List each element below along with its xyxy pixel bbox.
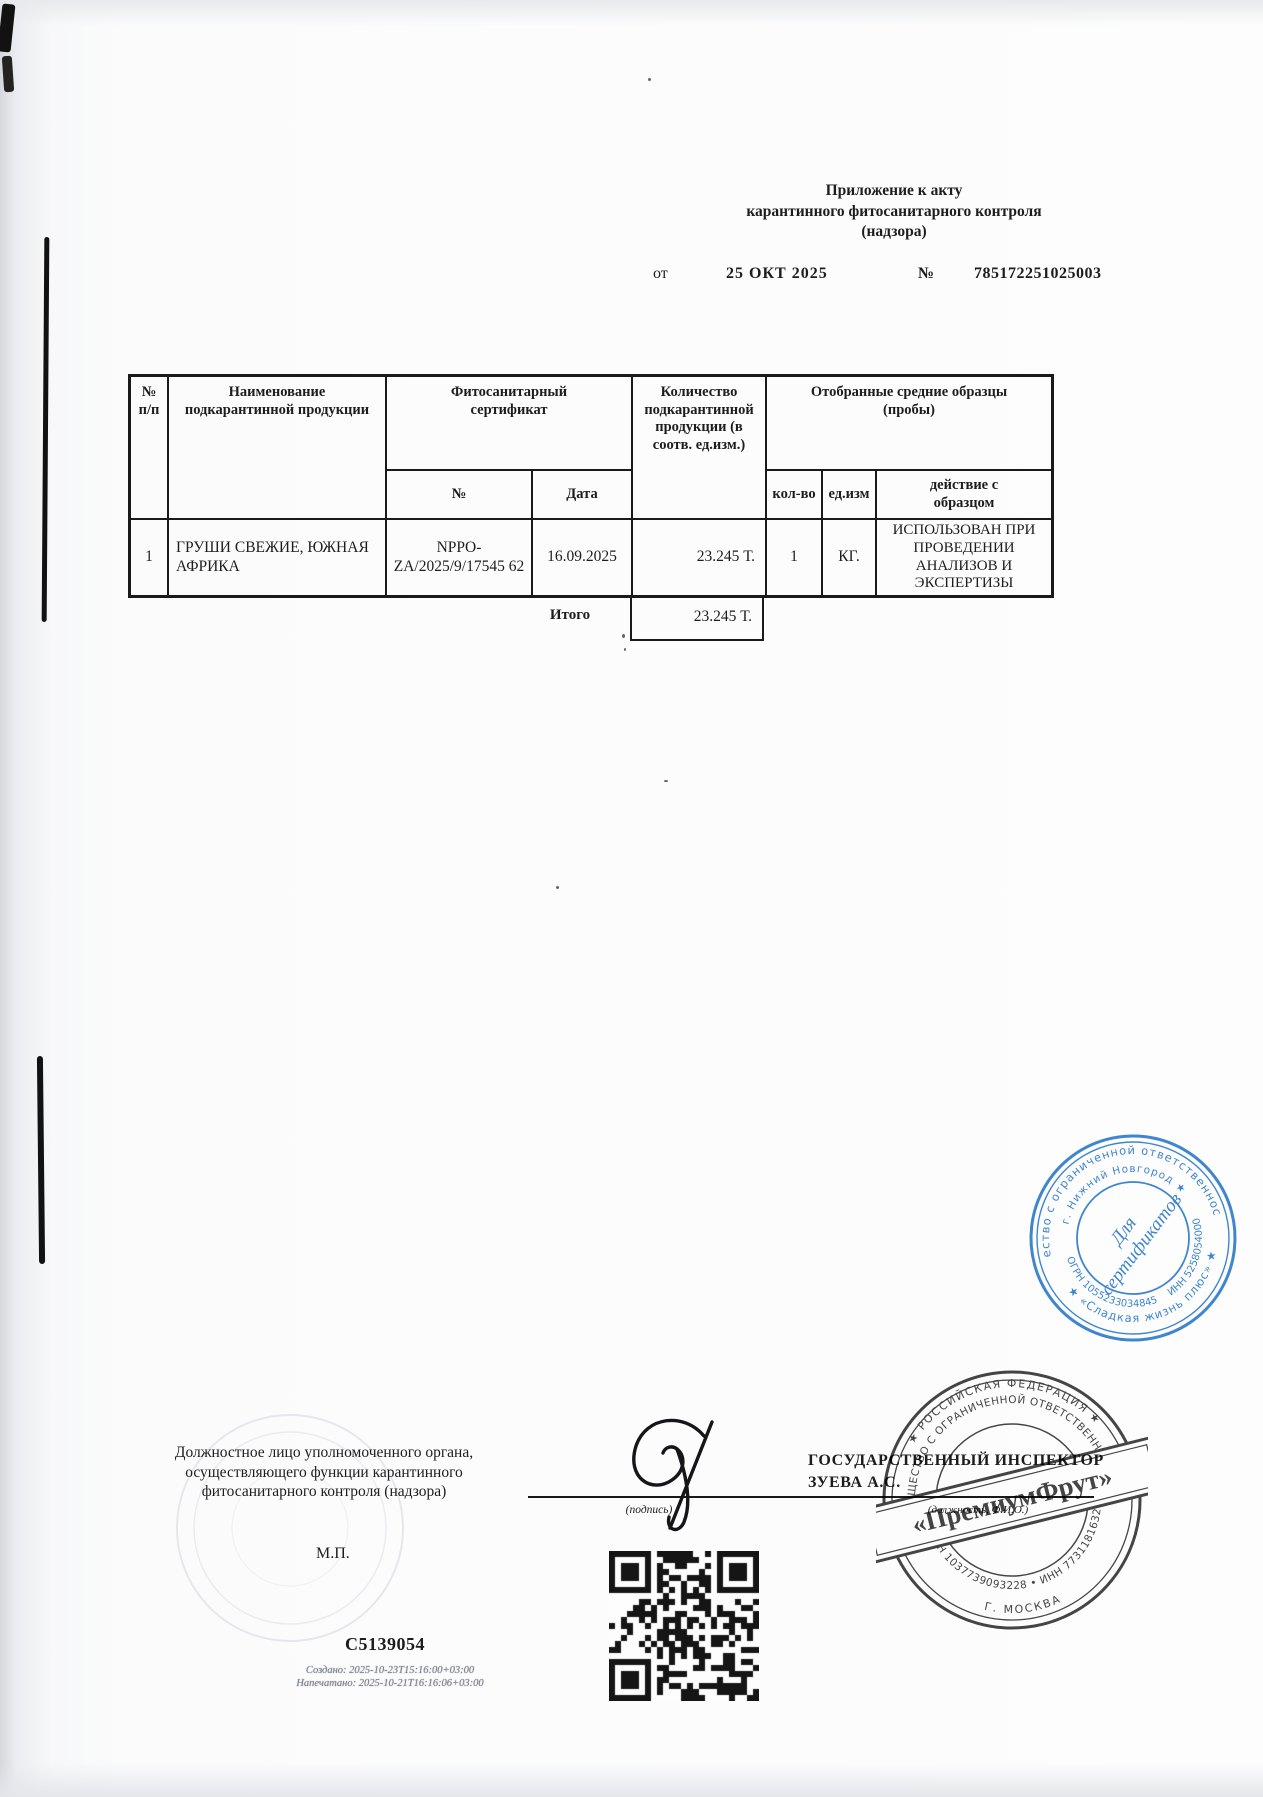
scan-edge-line-upper: [42, 237, 50, 622]
official-line-3: фитосанитарного контроля (надзора): [168, 1482, 480, 1502]
document-number: 785172251025003: [974, 265, 1102, 283]
subheader-sample-action-text: действие с образцом: [906, 477, 1022, 512]
header-col-product: Наименование подкарантинной продукции: [169, 377, 387, 520]
created-line: Создано: 2025-10-23Т15:16:00+03:00: [262, 1664, 518, 1677]
header-col-qty-text: Количество подкарантинной продукции (в с…: [637, 384, 761, 455]
header-col-samples-text: Отобранные средние образцы (пробы): [804, 384, 1014, 419]
scan-speck: [648, 78, 651, 81]
title-line-1: Приложение к акту: [738, 181, 1050, 202]
scan-speck: [622, 634, 625, 638]
black-stamp-arc-outer-bottom: Г. МОСКВА: [982, 1592, 1064, 1620]
title-line-3: (надзора): [738, 222, 1050, 243]
official-person-text: Должностное лицо уполномоченного органа,…: [168, 1443, 480, 1502]
row-sample-action: ИСПОЛЬЗОВАН ПРИ ПРОВЕДЕНИИ АНАЛИЗОВ И ЭК…: [877, 520, 1051, 595]
handwritten-signature: [622, 1416, 722, 1534]
title-line-2: карантинного фитосанитарного контроля: [738, 202, 1050, 223]
svg-text:Г. МОСКВА: Г. МОСКВА: [982, 1592, 1064, 1620]
products-table: № п/п Наименование подкарантинной продук…: [128, 374, 1054, 598]
document-date: 25 ОКТ 2025: [726, 265, 828, 283]
subheader-sample-qty: кол-во: [767, 471, 823, 520]
blue-stamp-center-line2: сертификатов: [1096, 1189, 1186, 1299]
blue-round-stamp: Общество с ограниченной ответственностью…: [1026, 1131, 1240, 1345]
scan-mark-top-left: [0, 3, 15, 52]
number-sign: №: [918, 265, 934, 283]
header-col-cert: Фитосанитарный сертификат: [387, 377, 633, 471]
scan-edge-line-lower: [37, 1056, 45, 1264]
scan-speck: [556, 886, 559, 889]
official-line-2: осуществляющего функции карантинного: [168, 1463, 480, 1483]
row-sample-qty: 1: [767, 520, 823, 595]
row-qty: 23.245 Т.: [633, 520, 767, 595]
row-cert-date: 16.09.2025: [533, 520, 633, 595]
row-sample-unit: КГ.: [823, 520, 877, 595]
subheader-sample-action: действие с образцом: [877, 471, 1051, 520]
total-value: 23.245 Т.: [630, 595, 764, 641]
from-label: от: [653, 265, 668, 283]
subheader-cert-no: №: [387, 471, 533, 520]
black-round-stamp: ★ РОССИЙСКАЯ ФЕДЕРАЦИЯ ★ ОБЩЕСТВО С ОГРА…: [876, 1364, 1148, 1636]
qr-code: [609, 1551, 759, 1701]
scan-speck: [664, 780, 668, 782]
timestamps-block: Создано: 2025-10-23Т15:16:00+03:00 Напеч…: [262, 1664, 518, 1690]
header-col-qty: Количество подкарантинной продукции (в с…: [633, 377, 767, 520]
row-cert-no: NPPO-ZA/2025/9/17545 62: [387, 520, 533, 595]
printed-line: Напечатано: 2025-10-21Т16:16:06+03:00: [262, 1677, 518, 1690]
stamp-place-label: М.П.: [316, 1545, 350, 1563]
document-title: Приложение к акту карантинного фитосанит…: [738, 181, 1050, 243]
document-page: Приложение к акту карантинного фитосанит…: [0, 0, 1263, 1797]
row-num: 1: [131, 520, 169, 595]
row-product: ГРУШИ СВЕЖИЕ, ЮЖНАЯ АФРИКА: [169, 520, 387, 595]
header-col-product-text: Наименование подкарантинной продукции: [173, 384, 381, 419]
scan-speck: [624, 648, 626, 651]
header-col-num: № п/п: [131, 377, 169, 520]
subheader-sample-unit: ед.изм: [823, 471, 877, 520]
subheader-cert-date: Дата: [533, 471, 633, 520]
official-line-1: Должностное лицо уполномоченного органа,: [168, 1443, 480, 1463]
header-col-samples: Отобранные средние образцы (пробы): [767, 377, 1051, 471]
header-col-cert-text: Фитосанитарный сертификат: [434, 384, 584, 419]
document-code: С5139054: [345, 1634, 425, 1655]
scan-mark-top-left-2: [2, 56, 14, 93]
signature-caption: (подпись): [603, 1504, 695, 1516]
total-label: Итого: [518, 607, 622, 624]
